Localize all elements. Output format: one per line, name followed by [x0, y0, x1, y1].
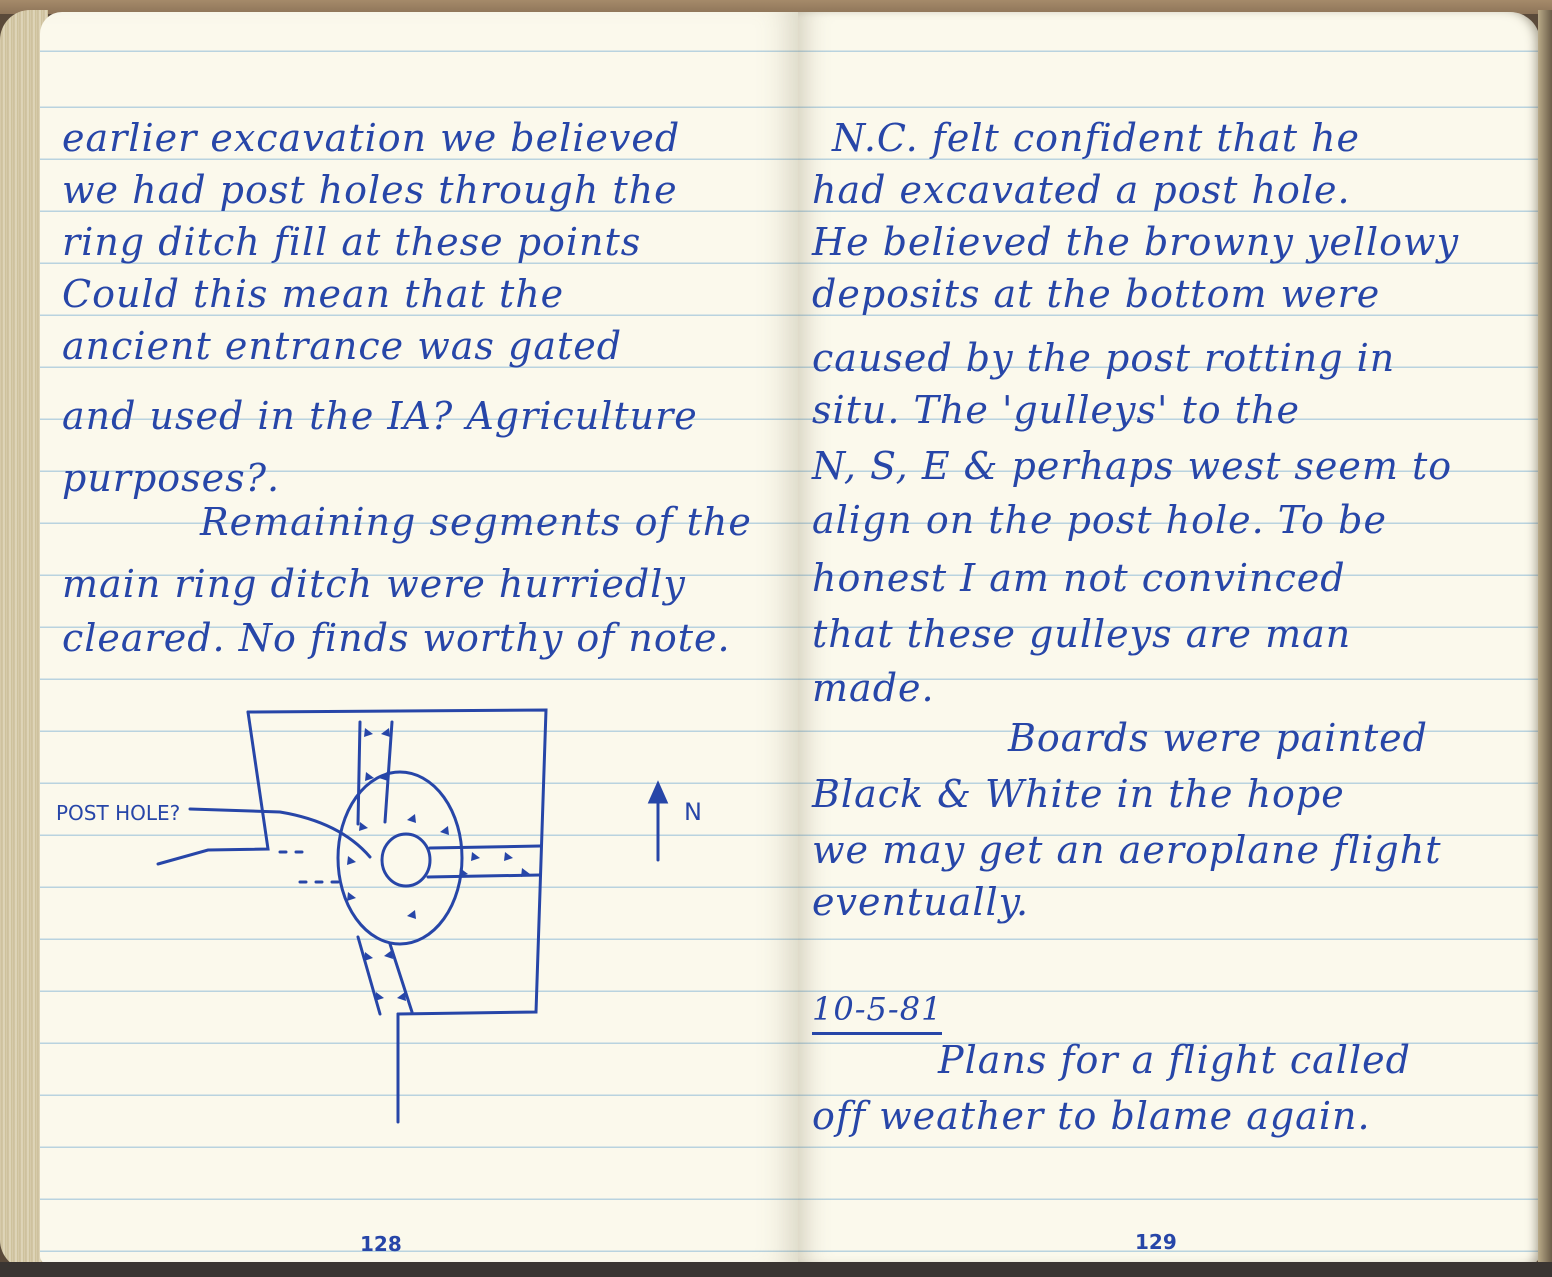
text-line: Remaining segments of the — [200, 496, 752, 548]
text-line: ring ditch fill at these points — [62, 216, 641, 268]
text-line: Could this mean that the — [62, 268, 564, 320]
text-line: Plans for a flight called — [938, 1034, 1411, 1086]
text-line: earlier excavation we believed — [62, 112, 680, 164]
text-line: made. — [812, 662, 935, 714]
entry-date-heading: 10-5-81 — [812, 988, 942, 1035]
right-page-text: N.C. felt confident that he had excavate… — [798, 12, 1540, 1052]
text-line: situ. The 'gulleys' to the — [812, 384, 1300, 436]
right-page: N.C. felt confident that he had excavate… — [798, 12, 1540, 1264]
text-line: Boards were painted — [1008, 712, 1428, 764]
text-line: off weather to blame again. — [812, 1090, 1371, 1142]
page-number-right: 129 — [1135, 1230, 1177, 1254]
page-edge-right — [1538, 10, 1552, 1265]
ring-ditch-sketch: POST HOLE? N — [40, 692, 798, 1132]
text-line: eventually. — [812, 876, 1029, 928]
text-line: had excavated a post hole. — [812, 164, 1351, 216]
text-line: we may get an aeroplane flight — [812, 824, 1442, 876]
text-line: align on the post hole. To be — [812, 494, 1387, 546]
left-page: earlier excavation we believed we had po… — [40, 12, 798, 1264]
sketch-north-label: N — [684, 798, 702, 826]
left-page-text: earlier excavation we believed we had po… — [40, 12, 798, 636]
text-line: He believed the browny yellowy — [812, 216, 1459, 268]
text-line: main ring ditch were hurriedly — [62, 558, 686, 610]
text-line: N.C. felt confident that he — [832, 112, 1360, 164]
notebook-cover-bottom — [0, 1262, 1552, 1277]
text-line: deposits at the bottom were — [812, 268, 1380, 320]
text-line: caused by the post rotting in — [812, 332, 1395, 384]
text-line: ancient entrance was gated — [62, 320, 622, 372]
page-number-left: 128 — [360, 1232, 402, 1256]
text-line: Black & White in the hope — [812, 768, 1345, 820]
text-line: cleared. No finds worthy of note. — [62, 612, 731, 664]
text-line: N, S, E & perhaps west seem to — [812, 440, 1452, 492]
text-line: we had post holes through the — [62, 164, 678, 216]
text-line: honest I am not convinced — [812, 552, 1346, 604]
text-line: that these gulleys are man — [812, 608, 1351, 660]
sketch-label-post-hole: POST HOLE? — [56, 801, 180, 825]
text-line: and used in the IA? Agriculture — [62, 390, 698, 442]
